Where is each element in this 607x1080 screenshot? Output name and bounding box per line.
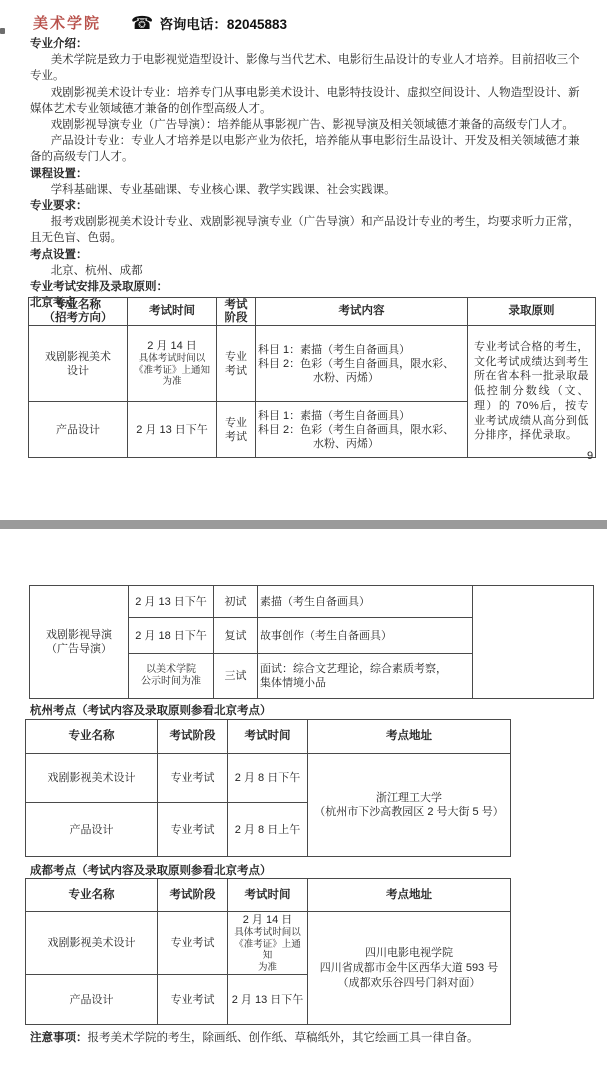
exam-time-cell: 2 月 14 日 具体考试时间以 《准考证》上通知 为准 [228, 912, 308, 975]
hangzhou-exam-table: 专业名称 考试阶段 考试时间 考点地址 戏剧影视美术设计 专业考试 2 月 8 … [25, 719, 511, 857]
table-header-row: 专业名称 （招考方向） 考试时间 考试阶段 考试内容 录取原则 [29, 298, 596, 326]
exam-stage-cell: 专业 考试 [217, 326, 256, 402]
header-major: 专业名称 （招考方向） [29, 298, 128, 326]
header-content: 考试内容 [256, 298, 468, 326]
exam-stage-cell: 专业考试 [158, 912, 228, 975]
requirements-heading: 专业要求： [30, 198, 582, 214]
page-title: 美术学院 [33, 12, 101, 33]
table-header-row: 专业名称 考试阶段 考试时间 考点地址 [26, 879, 511, 912]
exam-time-cell: 2 月 13 日下午 [228, 975, 308, 1025]
exam-time-cell: 2 月 14 日 具体考试时间以 《准考证》上通知 为准 [128, 326, 217, 402]
director-exam-table: 戏剧影视导演 （广告导演） 2 月 13 日下午 初试 素描（考生自备画具） 2… [29, 585, 594, 699]
exam-content-cell: 素描（考生自备画具） [258, 586, 473, 618]
document-header: 美术学院 ☎ 咨询电话：82045883 [33, 12, 287, 33]
header-time: 考试时间 [228, 879, 308, 912]
admission-rule-cell: 专业考试合格的考生，文化考试成绩达到考生所在省本科一批录取最低控制分数线（文、理… [468, 326, 596, 458]
notes-body: 报考美术学院的考生，除画纸、创作纸、草稿纸外，其它绘画工具一律自备。 [88, 1032, 479, 1044]
table-header-row: 专业名称 考试阶段 考试时间 考点地址 [26, 720, 511, 754]
exam-stage-cell: 专业考试 [158, 975, 228, 1025]
major-cell: 产品设计 [26, 975, 158, 1025]
table-row: 戏剧影视美术设计 专业考试 2 月 8 日下午 浙江理工大学 （杭州市下沙高教园… [26, 754, 511, 803]
major-cell: 戏剧影视美术设计 [26, 754, 158, 803]
hangzhou-site-label: 杭州考点（考试内容及录取原则参看北京考点） [30, 702, 272, 718]
exam-time-cell: 2 月 13 日下午 [129, 586, 214, 618]
notes-line: 注意事项：报考美术学院的考生，除画纸、创作纸、草稿纸外，其它绘画工具一律自备。 [30, 1030, 590, 1046]
header-stage: 考试阶段 [158, 720, 228, 754]
scanned-admission-document: 美术学院 ☎ 咨询电话：82045883 专业介绍： 美术学院是致力于电影视觉造… [0, 0, 607, 1080]
courses-heading: 课程设置： [30, 166, 582, 182]
intro-paragraph-2: 戏剧影视美术设计专业：培养专门从事电影美术设计、电影特技设计、虚拟空间设计、人物… [30, 85, 582, 117]
exam-content-cell: 故事创作（考生自备画具） [258, 618, 473, 654]
exam-time-cell: 2 月 18 日下午 [129, 618, 214, 654]
intro-heading: 专业介绍： [30, 36, 582, 52]
exam-stage-cell: 三试 [214, 654, 258, 699]
header-address: 考点地址 [308, 879, 511, 912]
notes-heading: 注意事项： [30, 1032, 88, 1044]
exam-stage-cell: 复试 [214, 618, 258, 654]
phone-number-text: 咨询电话：82045883 [159, 13, 287, 33]
major-cell: 戏剧影视导演 （广告导演） [30, 586, 129, 699]
header-address: 考点地址 [308, 720, 511, 754]
admission-empty-cell [473, 586, 594, 699]
sites-body: 北京、杭州、成都 [30, 263, 582, 279]
telephone-icon: ☎ [131, 14, 153, 32]
sites-heading: 考点设置： [30, 247, 582, 263]
site-address-cell: 浙江理工大学 （杭州市下沙高教园区 2 号大街 5 号） [308, 754, 511, 857]
table-row: 戏剧影视导演 （广告导演） 2 月 13 日下午 初试 素描（考生自备画具） [30, 586, 594, 618]
header-time: 考试时间 [128, 298, 217, 326]
major-cell: 戏剧影视美术 设计 [29, 326, 128, 402]
scan-smudge [0, 28, 5, 34]
exam-time-cell: 2 月 8 日下午 [228, 754, 308, 803]
exam-time-cell: 2 月 13 日下午 [128, 402, 217, 458]
major-cell: 产品设计 [26, 803, 158, 857]
header-major: 专业名称 [26, 720, 158, 754]
major-cell: 产品设计 [29, 402, 128, 458]
exam-time-cell: 以美术学院 公示时间为准 [129, 654, 214, 699]
intro-text-block: 专业介绍： 美术学院是致力于电影视觉造型设计、影像与当代艺术、电影衍生品设计的专… [30, 36, 582, 311]
intro-paragraph-3: 戏剧影视导演专业（广告导演）：培养能从事影视广告、影视导演及相关领域德才兼备的高… [30, 117, 582, 133]
header-major: 专业名称 [26, 879, 158, 912]
chengdu-exam-table: 专业名称 考试阶段 考试时间 考点地址 戏剧影视美术设计 专业考试 2 月 14… [25, 878, 511, 1025]
page-divider [0, 520, 607, 529]
header-admission: 录取原则 [468, 298, 596, 326]
header-stage: 考试阶段 [158, 879, 228, 912]
exam-time-main: 2 月 14 日 [130, 339, 214, 353]
exam-time-cell: 2 月 8 日上午 [228, 803, 308, 857]
page-number: 9 [587, 450, 593, 462]
table-row: 戏剧影视美术 设计 2 月 14 日 具体考试时间以 《准考证》上通知 为准 专… [29, 326, 596, 402]
major-cell: 戏剧影视美术设计 [26, 912, 158, 975]
exam-content-cell: 面试：综合文艺理论，综合素质考察， 集体情境小品 [258, 654, 473, 699]
exam-time-note: 具体考试时间以 《准考证》上通知 为准 [230, 927, 305, 973]
beijing-exam-table: 专业名称 （招考方向） 考试时间 考试阶段 考试内容 录取原则 戏剧影视美术 设… [28, 297, 596, 458]
intro-paragraph-1: 美术学院是致力于电影视觉造型设计、影像与当代艺术、电影衍生品设计的专业人才培养。… [30, 52, 582, 84]
exam-stage-cell: 专业 考试 [217, 402, 256, 458]
phone-line: ☎ 咨询电话：82045883 [131, 13, 287, 33]
exam-stage-cell: 初试 [214, 586, 258, 618]
exam-stage-cell: 专业考试 [158, 803, 228, 857]
header-time: 考试时间 [228, 720, 308, 754]
arrangement-heading: 专业考试安排及录取原则： [30, 279, 582, 295]
header-stage: 考试阶段 [217, 298, 256, 326]
chengdu-site-label: 成都考点（考试内容及录取原则参看北京考点） [30, 862, 272, 878]
site-address-cell: 四川电影电视学院 四川省成都市金牛区西华大道 593 号 （成都欢乐谷四号门斜对… [308, 912, 511, 1025]
exam-content-cell: 科目 1：素描（考生自备画具） 科目 2：色彩（考生自备画具，限水彩、 水粉、丙… [256, 326, 468, 402]
courses-body: 学科基础课、专业基础课、专业核心课、教学实践课、社会实践课。 [30, 182, 582, 198]
exam-stage-cell: 专业考试 [158, 754, 228, 803]
exam-content-cell: 科目 1：素描（考生自备画具） 科目 2：色彩（考生自备画具，限水彩、 水粉、丙… [256, 402, 468, 458]
requirements-body: 报考戏剧影视美术设计专业、戏剧影视导演专业（广告导演）和产品设计专业的考生，均要… [30, 214, 582, 246]
table-row: 戏剧影视美术设计 专业考试 2 月 14 日 具体考试时间以 《准考证》上通知 … [26, 912, 511, 975]
intro-paragraph-4: 产品设计专业：专业人才培养是以电影产业为依托，培养能从事电影衍生品设计、开发及相… [30, 133, 582, 165]
exam-time-note: 具体考试时间以 《准考证》上通知 为准 [130, 353, 214, 388]
exam-time-main: 2 月 14 日 [230, 913, 305, 927]
